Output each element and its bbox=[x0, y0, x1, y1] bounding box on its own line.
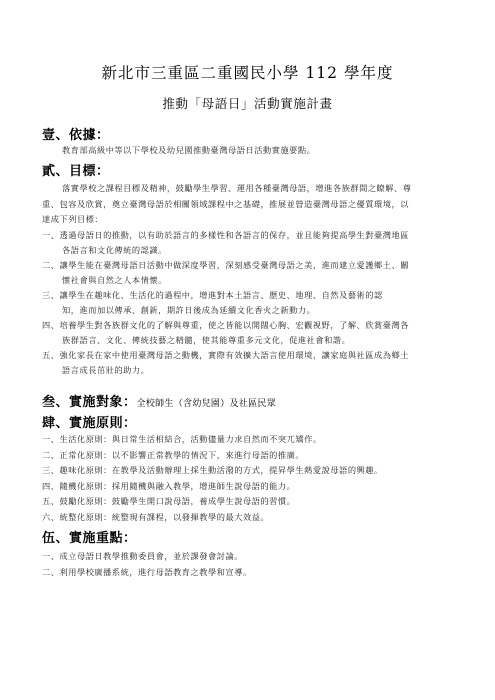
principle-item-4: 四、隨機化原則：採用隨機與融入教學，增進師生說母語的能力。 bbox=[42, 481, 295, 492]
goal-item-2-cont: 懷社會與自然之人本情懷。 bbox=[62, 275, 167, 286]
document-subtitle: 推動「母語日」活動實施計畫 bbox=[0, 94, 495, 112]
goal-item-3-cont: 知，進而加以傳承、創新，期許日後成為延續文化香火之新動力。 bbox=[62, 305, 315, 316]
document-page: 新北市三重區二重國民小學 112 學年度 推動「母語日」活動實施計畫 壹、依據：… bbox=[0, 0, 495, 700]
basis-text: 教育部高級中等以下學校及幼兒園推動臺灣母語日活動實施要點。 bbox=[62, 145, 315, 156]
goals-intro-line: 重、包容及欣賞，奠立臺灣母語於相關領域課程中之基礎，推展並營造臺灣母語之優質環境… bbox=[42, 199, 409, 210]
section-heading-basis: 壹、依據： bbox=[42, 124, 110, 143]
principle-item-3: 三、趣味化原則：在教學及活動辦理上採生動活潑的方式，提昇學生熱愛說母語的興趣。 bbox=[42, 465, 383, 476]
key-point-item-2: 二、利用學校廣播系統，進行母語教育之教學和宣導。 bbox=[42, 567, 252, 578]
section-heading-principles: 肆、實施原則： bbox=[42, 412, 137, 431]
goals-intro-line: 達成下列目標： bbox=[42, 214, 103, 225]
section-heading-target: 叁、實施對象：全校師生（含幼兒園）及社區民眾 bbox=[42, 391, 276, 410]
goal-item-2: 二、讓學生能在臺灣母語日活動中做深度學習，深刻感受臺灣母語之美，進而建立愛護鄉土… bbox=[42, 260, 409, 271]
goal-item-5: 五、強化家長在家中使用臺灣母語之動機，實際有效擴大語言使用環境，讓家庭與社區成為… bbox=[42, 350, 409, 361]
key-point-item-1: 一、成立母語日教學推動委員會，並於課發會討論。 bbox=[42, 551, 243, 562]
goals-intro-line: 落實學校之課程目標及精神，鼓勵學生學習、運用各種臺灣母語，增進各族群間之瞭解、尊 bbox=[62, 183, 412, 194]
principle-item-1: 一、生活化原則：與日常生活相結合，活動儘量力求自然而不突兀矯作。 bbox=[42, 434, 322, 445]
goal-item-1-cont: 各語言和文化傳統的認識。 bbox=[62, 245, 167, 256]
goal-item-4-cont: 族群語言、文化、傳統技藝之精髓，使其能尊重多元文化，促進社會和諧。 bbox=[62, 335, 350, 346]
section-heading-goals: 貳、目標： bbox=[42, 160, 110, 179]
document-title: 新北市三重區二重國民小學 112 學年度 bbox=[0, 61, 495, 83]
goal-item-4: 四、培養學生對各族群文化的了解與尊重，使之皆能以開闊心胸、宏觀視野，了解、欣賞臺… bbox=[42, 320, 409, 331]
goal-item-1: 一、透過母語日的推動，以有助於語言的多樣性和各語言的保存，並且能夠提高學生對臺灣… bbox=[42, 230, 409, 241]
goal-item-5-cont: 語言成長茁壯的助力。 bbox=[62, 365, 149, 376]
goal-item-3: 三、讓學生在趣味化、生活化的過程中，增進對本土語言、歷史、地理、自然及藝術的認 bbox=[42, 290, 383, 301]
principle-item-5: 五、鼓勵化原則：鼓勵學生開口說母語，養成學生說母語的習慣。 bbox=[42, 496, 295, 507]
section-heading-key-points: 伍、實施重點： bbox=[42, 527, 137, 546]
section-heading-target-label: 叁、實施對象： bbox=[42, 395, 137, 410]
principle-item-6: 六、統整化原則：統整現有課程，以發揮教學的最大效益。 bbox=[42, 512, 269, 523]
principle-item-2: 二、正常化原則：以不影響正常教學的情況下，來進行母語的推廣。 bbox=[42, 450, 304, 461]
target-audience-text: 全校師生（含幼兒園）及社區民眾 bbox=[137, 399, 277, 409]
